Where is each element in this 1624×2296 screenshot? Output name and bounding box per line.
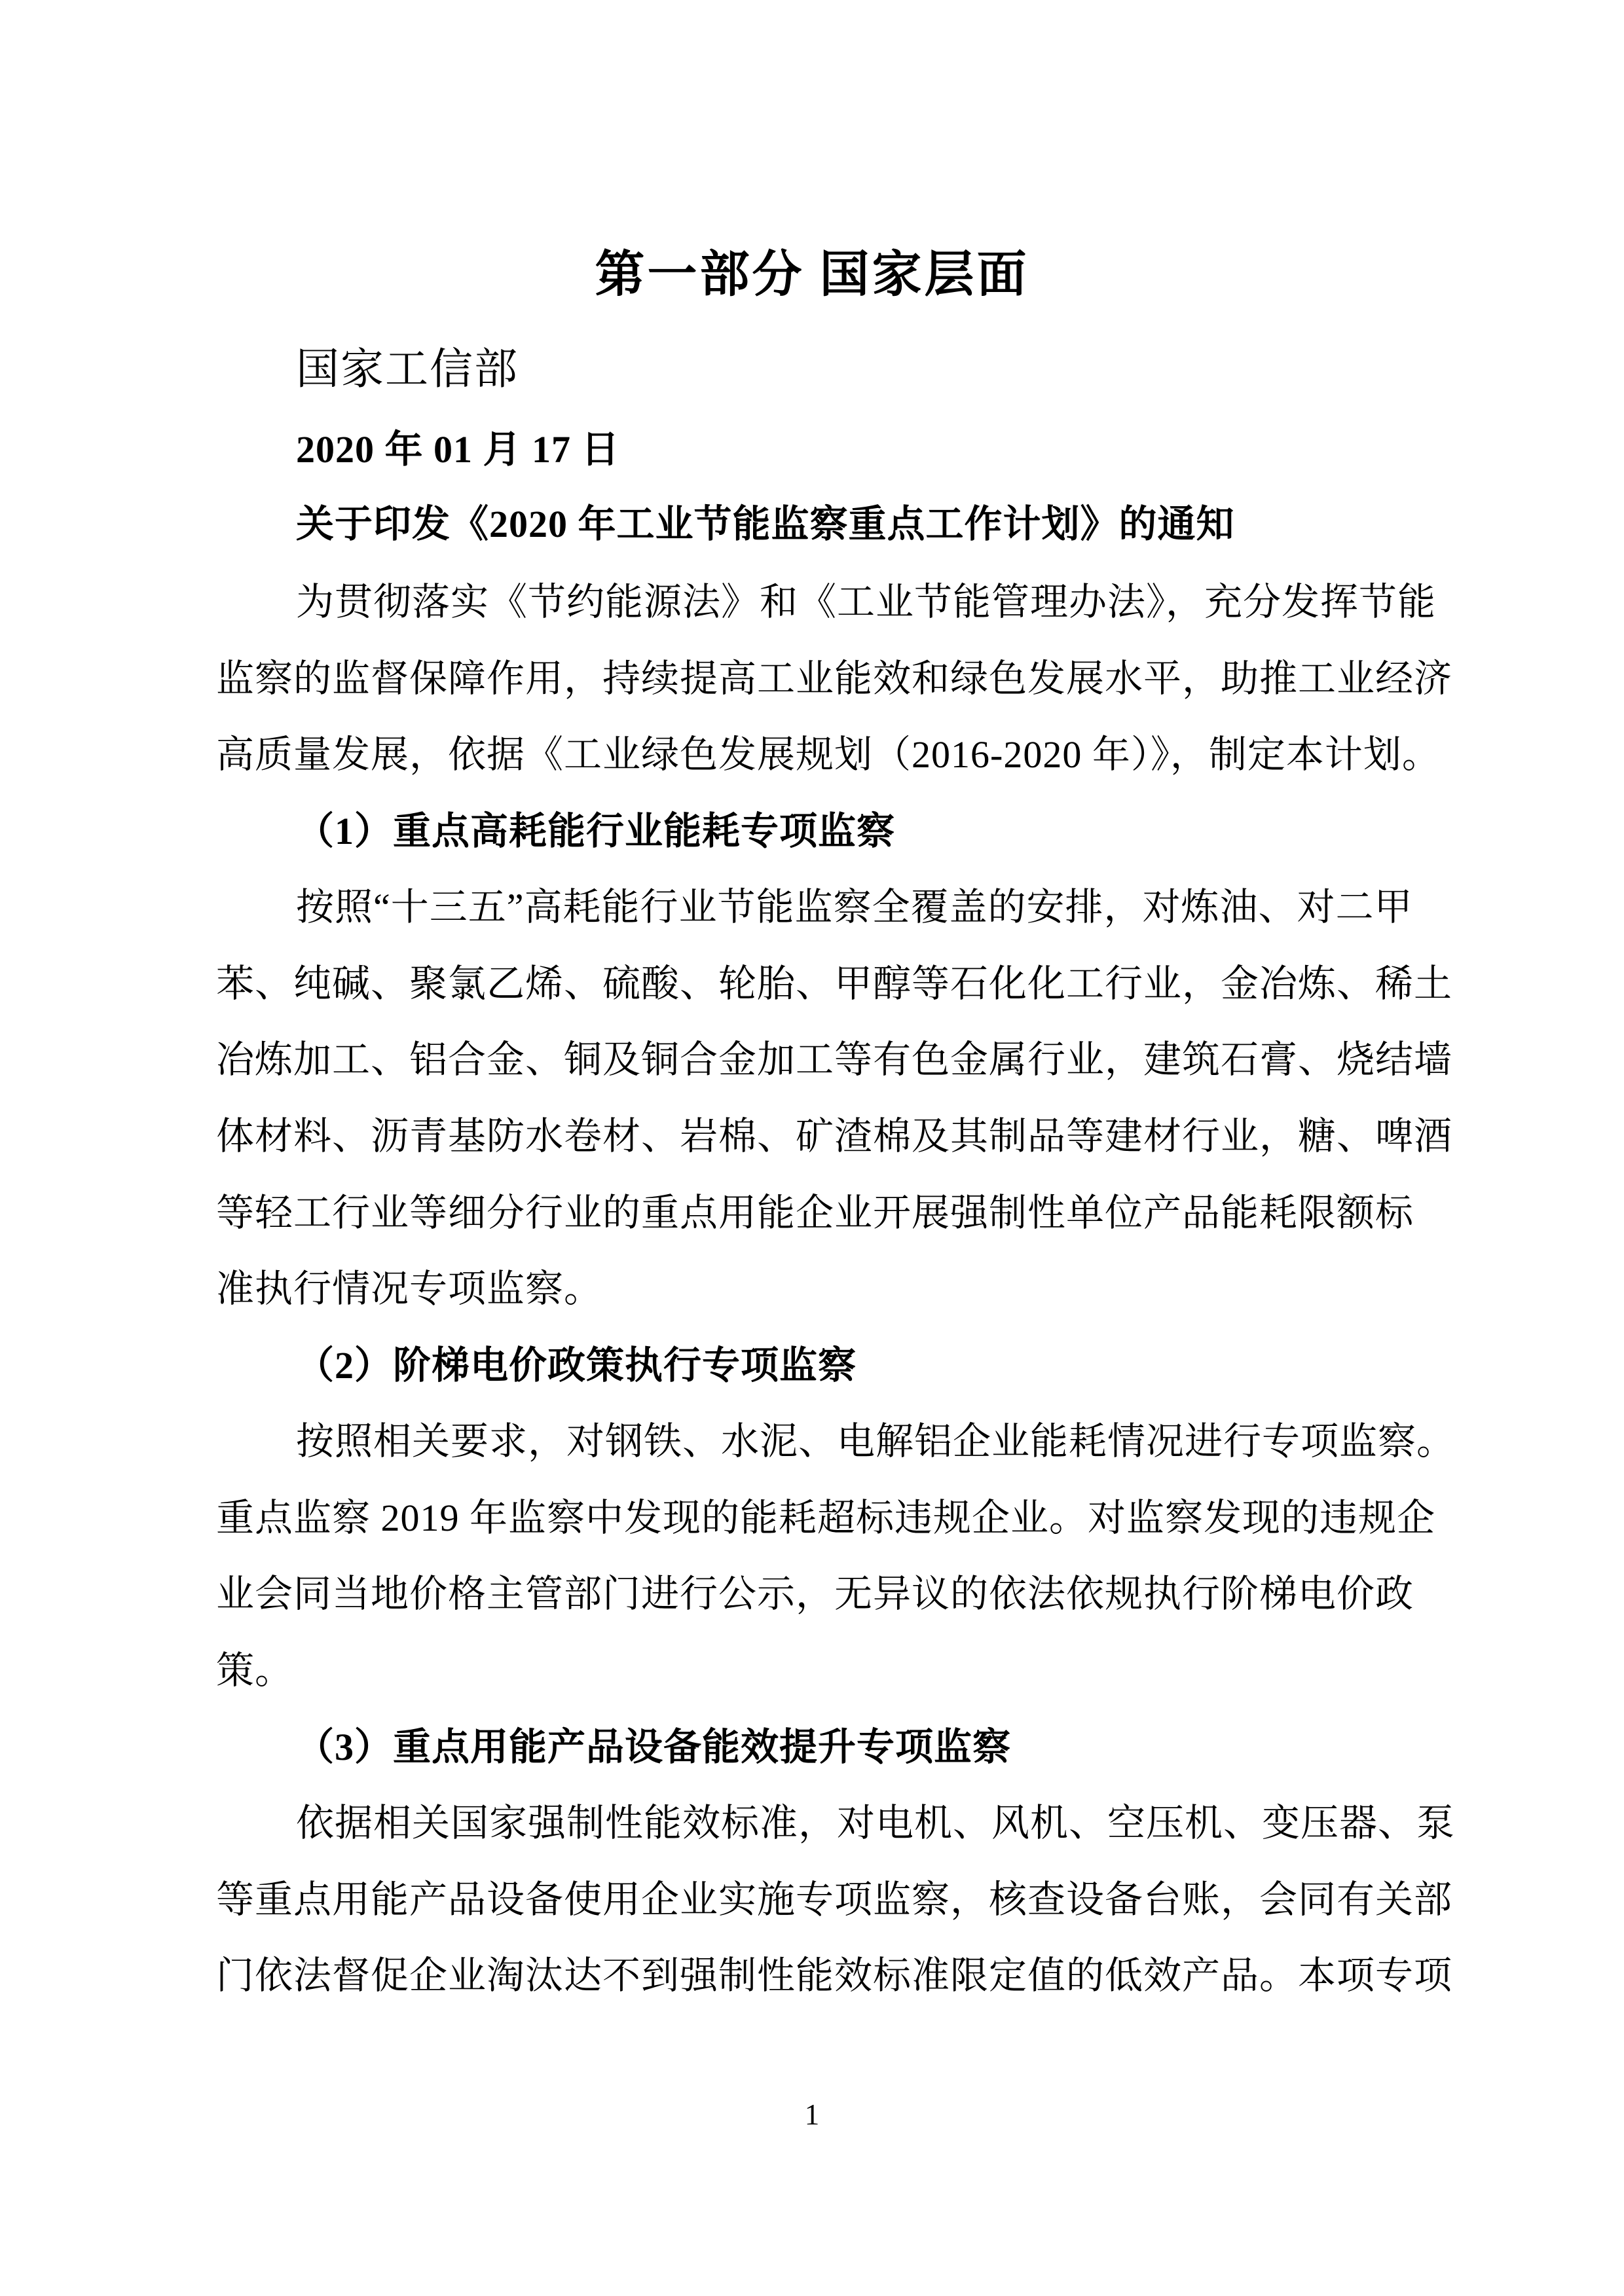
section-3-heading: （3）重点用能产品设备能效提升专项监察 — [296, 1728, 1011, 1766]
document-part-title: 第一部分 国家层面 — [0, 250, 1624, 300]
section-1-line-2: 苯、纯碱、聚氯乙烯、硫酸、轮胎、甲醇等石化化工行业，金冶炼、稀土 — [216, 965, 1452, 1003]
section-1-line-1: 按照“十三五”高耗能行业节能监察全覆盖的安排，对炼油、对二甲 — [296, 888, 1413, 926]
section-3-line-2: 等重点用能产品设备使用企业实施专项监察，核查设备台账，会同有关部 — [216, 1881, 1452, 1919]
section-2-line-3: 业会同当地价格主管部门进行公示，无异议的依法依规执行阶梯电价政 — [216, 1575, 1414, 1613]
intro-line-2: 监察的监督保障作用，持续提高工业能效和绿色发展水平，助推工业经济 — [216, 660, 1452, 698]
section-1-line-3: 冶炼加工、铝合金、铜及铜合金加工等有色金属行业，建筑石膏、烧结墙 — [216, 1041, 1452, 1079]
section-3-line-1: 依据相关国家强制性能效标准，对电机、风机、空压机、变压器、泵 — [296, 1804, 1455, 1842]
section-1-heading: （1）重点高耗能行业能耗专项监察 — [296, 812, 895, 850]
notice-title: 关于印发《2020 年工业节能监察重点工作计划》的通知 — [296, 505, 1235, 543]
section-2-heading: （2）阶梯电价政策执行专项监察 — [296, 1347, 857, 1385]
section-2-line-1: 按照相关要求，对钢铁、水泥、电解铝企业能耗情况进行专项监察。 — [296, 1423, 1455, 1461]
organization-name: 国家工信部 — [296, 348, 519, 392]
document-page: 第一部分 国家层面 国家工信部 2020 年 01 月 17 日 关于印发《20… — [0, 0, 1624, 2296]
section-1-line-6: 准执行情况专项监察。 — [216, 1270, 602, 1308]
section-2-line-2: 重点监察 2019 年监察中发现的能耗超标违规企业。对监察发现的违规企 — [216, 1499, 1435, 1537]
intro-line-3: 高质量发展，依据《工业绿色发展规划（2016-2020 年）》，制定本计划。 — [216, 736, 1441, 774]
publish-date: 2020 年 01 月 17 日 — [296, 431, 620, 469]
section-1-line-5: 等轻工行业等细分行业的重点用能企业开展强制性单位产品能耗限额标 — [216, 1194, 1414, 1232]
section-2-line-4: 策。 — [216, 1652, 293, 1690]
page-number: 1 — [0, 2100, 1624, 2130]
intro-line-1: 为贯彻落实《节约能源法》和《工业节能管理办法》，充分发挥节能 — [296, 583, 1436, 621]
section-3-line-3: 门依法督促企业淘汰达不到强制性能效标准限定值的低效产品。本项专项 — [216, 1957, 1452, 1995]
section-1-line-4: 体材料、沥青基防水卷材、岩棉、矿渣棉及其制品等建材行业，糖、啤酒 — [216, 1118, 1452, 1156]
